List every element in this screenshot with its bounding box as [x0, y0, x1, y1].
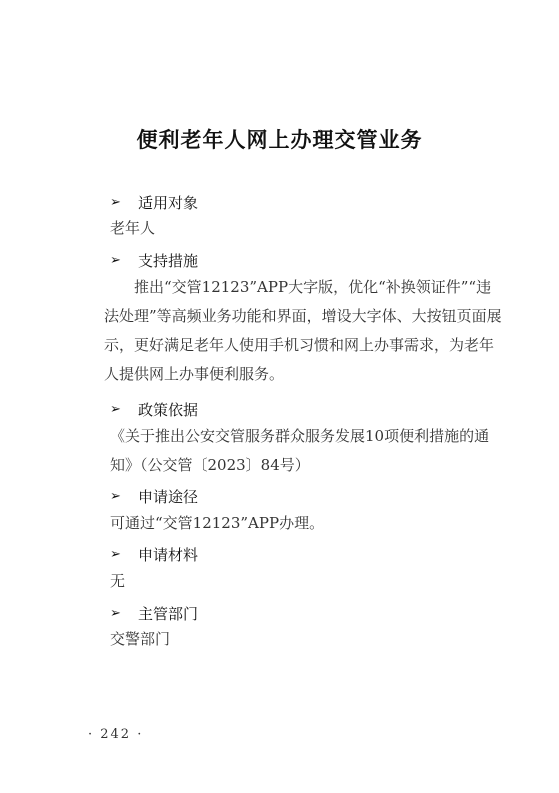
- heading-label: 支持措施: [138, 250, 198, 271]
- arrow-bullet-icon: ➢: [110, 402, 138, 417]
- section-heading-policy: ➢ 政策依据: [110, 399, 198, 420]
- section-body-department: 交警部门: [110, 625, 500, 654]
- heading-label: 主管部门: [138, 603, 198, 624]
- section-body-materials: 无: [110, 567, 500, 596]
- section-heading-department: ➢ 主管部门: [110, 603, 198, 624]
- arrow-bullet-icon: ➢: [110, 547, 138, 562]
- section-body-measures: 推出“交管12123”APP大字版，优化“补换领证件”“违法处理”等高频业务功能…: [104, 273, 504, 389]
- arrow-bullet-icon: ➢: [110, 195, 138, 210]
- arrow-bullet-icon: ➢: [110, 253, 138, 268]
- section-body-channel: 可通过“交管12123”APP办理。: [110, 509, 500, 538]
- arrow-bullet-icon: ➢: [110, 606, 138, 621]
- section-heading-materials: ➢ 申请材料: [110, 544, 198, 565]
- section-body-target: 老年人: [110, 214, 500, 243]
- page-title: 便利老年人网上办理交管业务: [0, 124, 559, 154]
- heading-label: 申请材料: [138, 544, 198, 565]
- heading-label: 申请途径: [138, 486, 198, 507]
- page-number: · 242 ·: [88, 727, 143, 742]
- heading-label: 适用对象: [138, 192, 198, 213]
- section-heading-target: ➢ 适用对象: [110, 192, 198, 213]
- section-body-policy: 《关于推出公安交管服务群众服务发展10项便利措施的通知》（公交管〔2023〕84…: [110, 422, 505, 480]
- section-heading-channel: ➢ 申请途径: [110, 486, 198, 507]
- heading-label: 政策依据: [138, 399, 198, 420]
- section-heading-measures: ➢ 支持措施: [110, 250, 198, 271]
- arrow-bullet-icon: ➢: [110, 489, 138, 504]
